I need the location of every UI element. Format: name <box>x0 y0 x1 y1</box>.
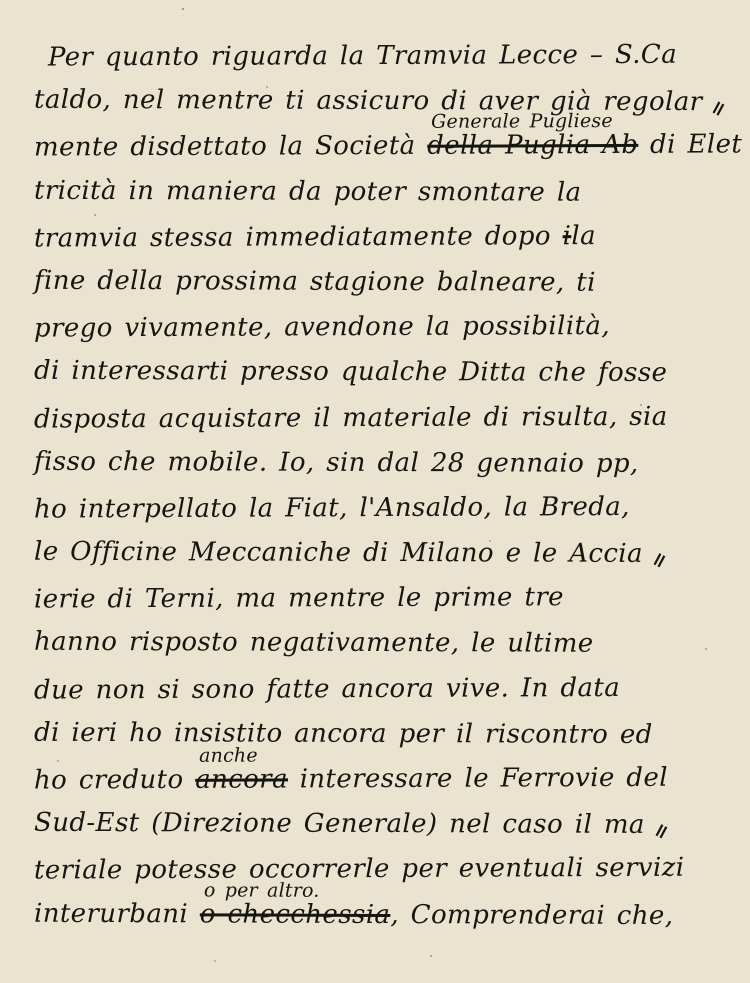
text-segment: tricità in maniera da poter smontare la <box>34 175 582 207</box>
text-line: prego vivamente, avendone la possibilità… <box>34 304 732 352</box>
text-line: ho interpellato la Fiat, l'Ansaldo, la B… <box>34 484 732 532</box>
text-segment: interessare le Ferrovie del <box>288 763 668 795</box>
text-segment: di Elet <box>638 130 742 160</box>
text-segment: le Officine Meccaniche di Milano e le Ac… <box>34 537 643 569</box>
line-continuation-mark: = <box>637 813 685 849</box>
text-segment: ho interpellato la Fiat, l'Ansaldo, la B… <box>34 492 630 525</box>
text-line: di interessarti presso qualche Ditta che… <box>34 349 732 397</box>
text-line: tramvia stessa immediatamente dopo ila <box>34 213 732 261</box>
text-line: le Officine Meccaniche di Milano e le Ac… <box>34 530 732 578</box>
text-line: interurbani o checchessiao per altro., C… <box>34 891 732 939</box>
text-segment: interurbani <box>34 898 200 929</box>
text-segment: tramvia stessa immediatamente dopo <box>34 221 563 253</box>
text-line: teriale potesse occorrerle per eventuali… <box>34 846 732 894</box>
struck-text: della Puglia AbGenerale Pugliese <box>427 130 638 161</box>
text-segment: fisso che mobile. Io, sin dal 28 gennaio… <box>34 446 639 478</box>
text-line: taldo, nel mentre ti assicuro di aver gi… <box>34 78 732 126</box>
text-segment: di interessarti presso qualche Ditta che… <box>34 356 667 388</box>
text-line: Sud-Est (Direzione Generale) nel caso il… <box>34 801 732 849</box>
text-line: di ieri ho insistito ancora per il risco… <box>34 711 732 759</box>
text-segment: ho creduto <box>34 765 195 796</box>
text-segment: , Comprenderai che, <box>390 900 673 931</box>
text-segment: hanno risposto negativamente, le ultime <box>34 627 594 659</box>
letter-body: Per quanto riguarda la Tramvia Lecce – S… <box>34 34 732 938</box>
text-segment: di ieri ho insistito ancora per il risco… <box>34 718 653 750</box>
handwritten-letter-page: Per quanto riguarda la Tramvia Lecce – S… <box>0 0 750 983</box>
interline-insertion: anche <box>199 747 258 766</box>
text-line: tricità in maniera da poter smontare la <box>34 168 732 216</box>
struck-text: o checchessiao per altro. <box>200 899 391 930</box>
line-continuation-mark: = <box>635 542 683 578</box>
text-line: fisso che mobile. Io, sin dal 28 gennaio… <box>34 439 732 487</box>
text-segment: due non si sono fatte ancora vive. In da… <box>34 673 620 706</box>
text-segment: la <box>571 221 596 251</box>
text-line: Per quanto riguarda la Tramvia Lecce – S… <box>34 32 732 80</box>
interline-insertion: Generale Pugliese <box>431 112 613 132</box>
text-segment: prego vivamente, avendone la possibilità… <box>34 311 610 344</box>
interline-insertion: o per altro. <box>204 881 320 900</box>
line-continuation-mark: = <box>695 90 743 126</box>
text-line: disposta acquistare il materiale di risu… <box>34 394 732 442</box>
text-line: mente disdettato la Società della Puglia… <box>34 123 732 171</box>
text-segment: fine della prossima stagione balneare, t… <box>34 266 596 298</box>
text-segment: mente disdettato la Società <box>34 131 427 163</box>
text-segment: ierie di Terni, ma mentre le prime tre <box>34 582 564 614</box>
text-line: ierie di Terni, ma mentre le prime tre <box>34 575 732 623</box>
struck-text: i <box>563 221 572 251</box>
text-line: hanno risposto negativamente, le ultime <box>34 620 732 668</box>
text-line: due non si sono fatte ancora vive. In da… <box>34 665 732 713</box>
text-line: fine della prossima stagione balneare, t… <box>34 259 732 307</box>
struck-text: ancoraanche <box>195 764 288 794</box>
text-segment: Per quanto riguarda la Tramvia Lecce – S… <box>48 40 677 73</box>
text-segment: teriale potesse occorrerle per eventuali… <box>34 853 685 886</box>
text-segment: disposta acquistare il materiale di risu… <box>34 401 668 434</box>
text-line: ho creduto ancoraanche interessare le Fe… <box>34 755 732 803</box>
text-segment: Sud-Est (Direzione Generale) nel caso il… <box>34 808 645 840</box>
